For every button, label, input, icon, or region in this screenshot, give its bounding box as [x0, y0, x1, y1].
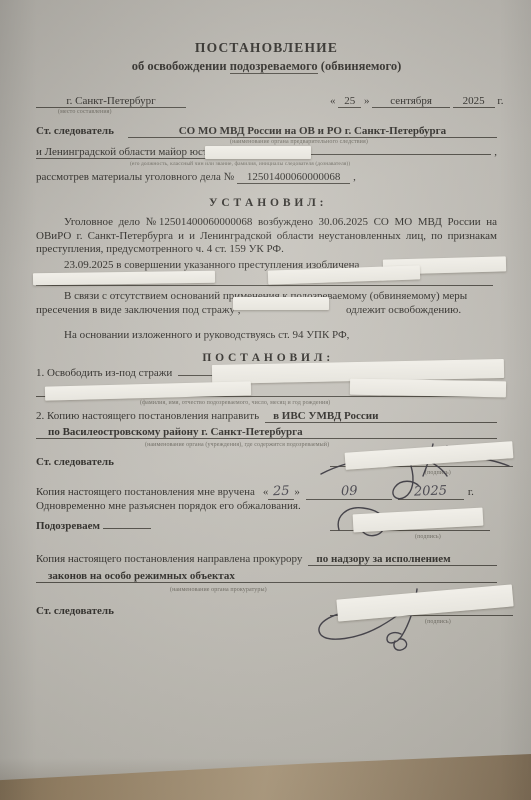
prosecutor-destination-line1: по надзору за исполнением — [308, 553, 497, 566]
redacted-name-rule — [36, 285, 493, 286]
prosecutor-destination-line2-wrap: законов на особо режимных объектах — [36, 570, 497, 583]
fio-caption: (фамилия, имя, отчество подозреваемого, … — [140, 400, 330, 406]
document-content: ПОСТАНОВЛЕНИЕ об освобождении подозревае… — [0, 0, 531, 800]
prosecutor-copy-line: Копия настоящего постановления направлен… — [36, 553, 497, 566]
handwritten-day: 25 — [273, 484, 290, 500]
date-year: 2025 — [453, 95, 495, 108]
redaction-tape-name — [205, 146, 311, 159]
date-line: « 25 » сентября 2025 г. — [330, 95, 501, 107]
doc-title: ПОСТАНОВЛЕНИЕ — [36, 40, 497, 56]
org-name: СО МО МВД России на ОВ и РО г. Санкт-Пет… — [128, 125, 497, 138]
subtitle-prefix: об освобождении — [132, 59, 230, 73]
ivs-destination-line2: по Василеостровскому району г. Санкт-Пет… — [36, 426, 497, 439]
rank-line-comma: , — [494, 146, 497, 158]
case-number-suffix: , — [353, 171, 356, 183]
subtitle-suffix: (обвиняемого) — [318, 59, 402, 73]
redaction-tape-custody — [233, 297, 329, 310]
date-month: сентября — [372, 95, 450, 108]
org-name-line2: и Ленинградской области майор юстиции — [36, 146, 231, 159]
place-caption: (место составления) — [58, 109, 112, 115]
doc-subtitle: об освобождении подозреваемого (обвиняем… — [36, 59, 497, 74]
received-close-quote: » — [294, 486, 300, 498]
received-day: 25 — [268, 484, 294, 500]
destination-caption: (наименование органа (учреждения), где с… — [145, 442, 329, 448]
release-line2-suffix: одлежит освобождению. — [346, 304, 461, 316]
suspect-label: Подозреваем — [36, 520, 100, 532]
prosecutor-prefix: Копия настоящего постановления направлен… — [36, 553, 302, 565]
prosecutor-caption: (наименование органа прокуратуры) — [170, 587, 267, 593]
prosecutor-destination-line2: законов на особо режимных объектах — [36, 570, 497, 583]
date-year-suffix: г. — [497, 95, 503, 107]
date-day: 25 — [338, 95, 361, 108]
org-caption: (наименование органа предварительного сл… — [230, 139, 368, 145]
date-close-quote: » — [364, 95, 370, 107]
place-of-drafting: г. Санкт-Петербург — [36, 95, 186, 108]
case-number-prefix: рассмотрев материалы уголовного дела № — [36, 171, 234, 183]
redaction-tape-item1-c — [350, 379, 506, 398]
basis-line: На основании изложенного и руководствуяс… — [36, 329, 497, 341]
rank-caption: (его должность, классный чин или звание,… — [130, 161, 350, 167]
suspect-blank — [103, 528, 151, 529]
received-prefix: Копия настоящего постановления мне вруче… — [36, 486, 255, 498]
send-copy-line: 2. Копию настоящего постановления направ… — [36, 410, 497, 423]
investigator-label: Ст. следователь — [36, 125, 114, 137]
ivs-destination-line2-wrap: по Василеостровскому району г. Санкт-Пет… — [36, 426, 497, 439]
subtitle-underlined-word: подозреваемого — [230, 59, 318, 74]
item1-text: 1. Освободить из-под стражи — [36, 367, 172, 379]
item2-prefix: 2. Копию настоящего постановления направ… — [36, 410, 259, 422]
ivs-destination-line1: в ИВС УМВД России — [265, 410, 497, 423]
redaction-tape-item1-b — [45, 381, 251, 400]
redaction-tape-exposed-2 — [33, 271, 215, 286]
case-number: 12501400060000068 — [237, 171, 351, 184]
case-paragraph: Уголовное дело №12501400060000068 возбуж… — [36, 216, 497, 257]
ustanovil-heading: У С Т А Н О В И Л : — [36, 197, 497, 209]
date-open-quote: « — [330, 95, 336, 107]
investigator-line: Ст. следователь СО МО МВД России на ОВ и… — [36, 125, 497, 138]
release-line2-prefix: пресечения в виде заключения под стражу … — [36, 304, 241, 316]
case-number-line: рассмотрев материалы уголовного дела № 1… — [36, 171, 497, 183]
document-photo: ПОСТАНОВЛЕНИЕ об освобождении подозревае… — [0, 0, 531, 800]
